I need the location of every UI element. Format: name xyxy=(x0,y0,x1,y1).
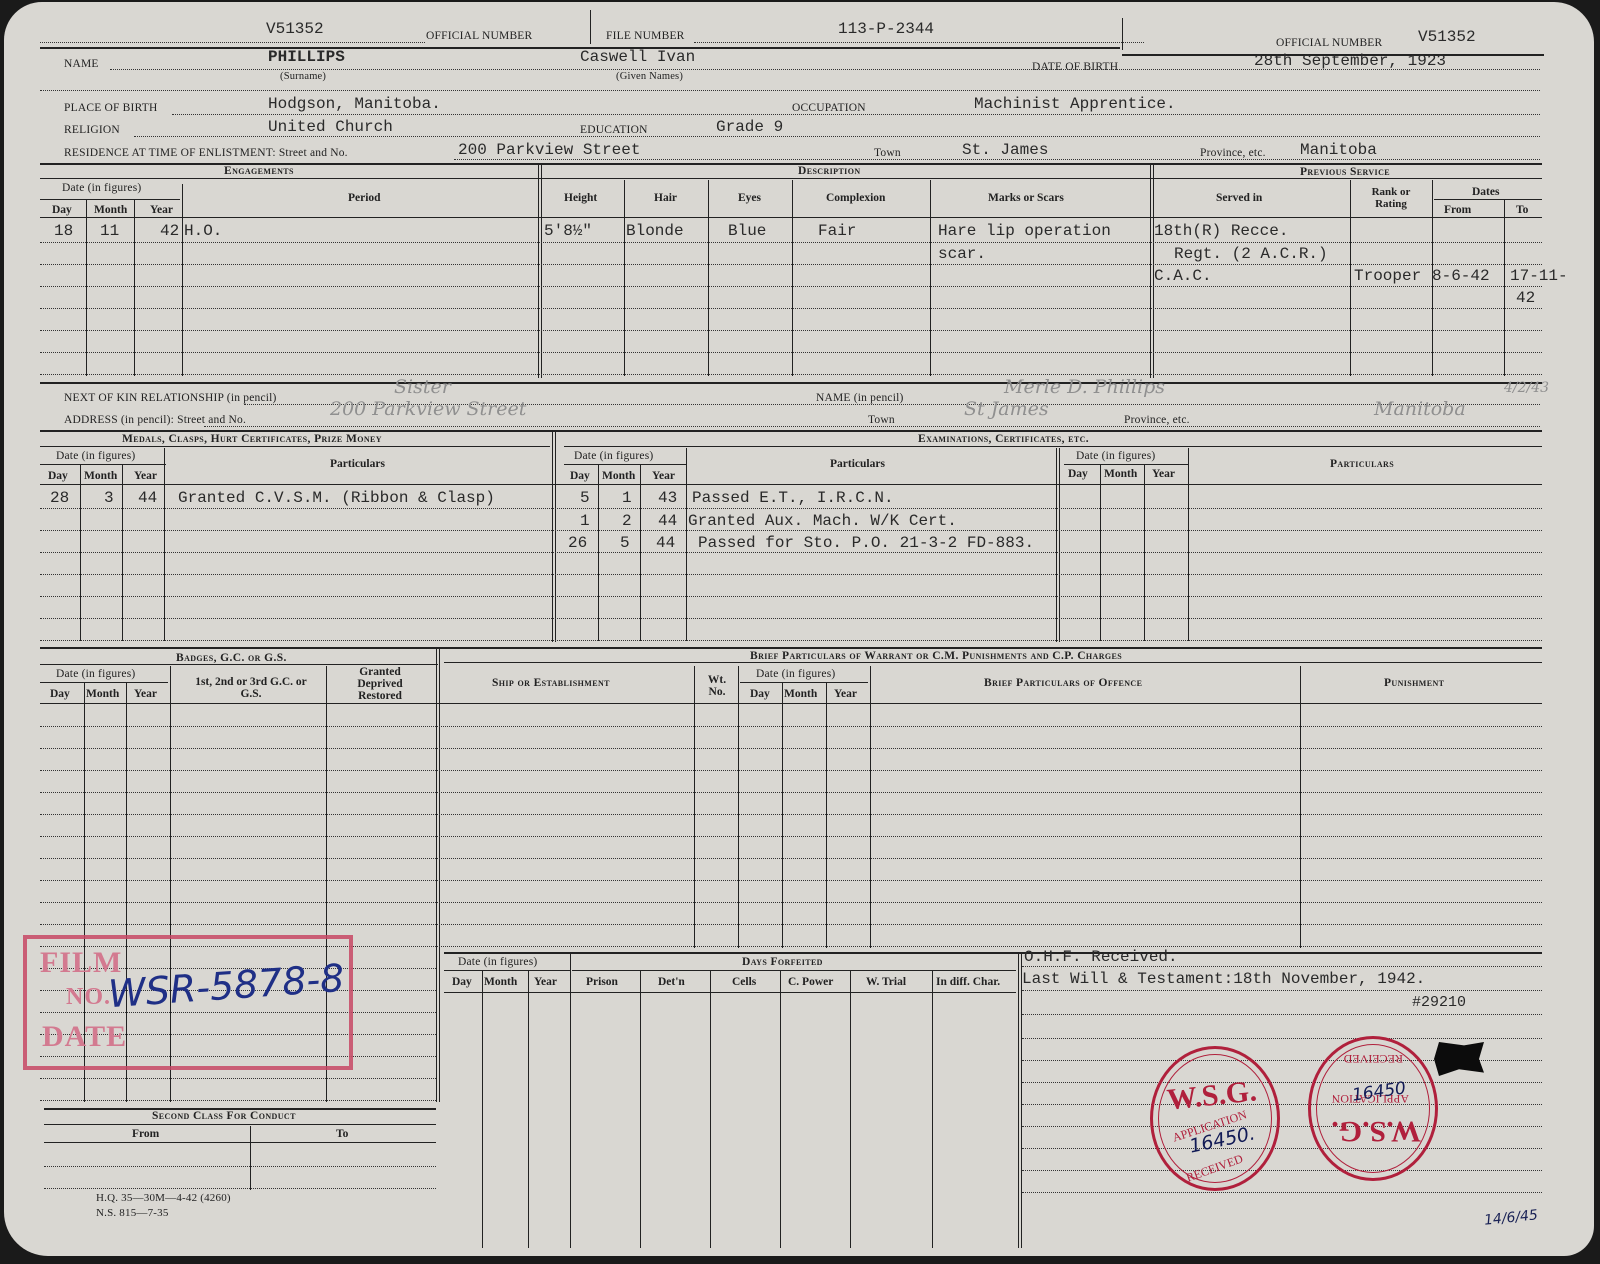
nok-name-date: 4/2/43 xyxy=(1504,380,1549,396)
second-class-from: From xyxy=(132,1128,159,1140)
dob-label: DATE OF BIRTH xyxy=(1032,61,1118,73)
exam2-date-header: Date (in figures) xyxy=(1076,450,1155,462)
official-number-right-label: OFFICIAL NUMBER xyxy=(1276,37,1382,49)
year-header: Year xyxy=(150,204,173,216)
exam2-particulars-header: Particulars xyxy=(1330,458,1394,470)
service-record-card: V51352 OFFICIAL NUMBER FILE NUMBER 113-P… xyxy=(4,2,1594,1256)
second-class-title: Second Class For Conduct xyxy=(152,1110,296,1122)
punish-year-header: Year xyxy=(834,688,857,700)
film-no-label: NO. xyxy=(66,984,111,1011)
month-header: Month xyxy=(94,204,127,216)
examinations-title: Examinations, Certificates, etc. xyxy=(918,433,1089,445)
education: Grade 9 xyxy=(716,118,783,136)
form-code-line2: N.S. 815—7-35 xyxy=(96,1207,169,1219)
exam-month-header: Month xyxy=(602,470,635,482)
exam-day-header: Day xyxy=(570,470,590,482)
to-date-line1: 17-11- xyxy=(1510,267,1568,285)
rank-header: Rank or Rating xyxy=(1360,186,1422,210)
wt-no-header: Wt. No. xyxy=(704,674,730,698)
second-class-to: To xyxy=(336,1128,348,1140)
punishment-header: Punishment xyxy=(1384,677,1444,689)
wsg-stamp-2-received: RECEIVED xyxy=(1344,1051,1403,1066)
marks-header: Marks or Scars xyxy=(988,192,1064,204)
badges-title: Badges, G.C. or G.S. xyxy=(176,652,287,664)
place-of-birth-label: PLACE OF BIRTH xyxy=(64,102,157,114)
medals-particulars-header: Particulars xyxy=(330,458,385,470)
served-in-header: Served in xyxy=(1216,192,1262,204)
detn-header: Det'n xyxy=(658,976,685,988)
medals-day-header: Day xyxy=(48,470,68,482)
medal-particulars: Granted C.V.S.M. (Ribbon & Clasp) xyxy=(178,489,495,507)
nok-name: Merle D. Phillips xyxy=(1004,376,1165,398)
occupation-label: OCCUPATION xyxy=(792,102,866,114)
from-date: 8-6-42 xyxy=(1432,267,1490,285)
province-label: Province, etc. xyxy=(1200,147,1266,159)
eyes-header: Eyes xyxy=(738,192,761,204)
from-header: From xyxy=(1444,204,1471,216)
days-forfeited-title: Days Forfeited xyxy=(742,956,823,968)
file-number-label: FILE NUMBER xyxy=(606,30,685,42)
medal-year: 44 xyxy=(138,489,157,507)
place-of-birth: Hodgson, Manitoba. xyxy=(268,95,441,113)
punish-month-header: Month xyxy=(784,688,817,700)
nok-town-label: Town xyxy=(868,414,895,426)
engagements-title: Engagements xyxy=(224,165,294,177)
nok-town: St James xyxy=(964,398,1049,420)
exam-row1-particulars: Passed E.T., I.R.C.N. xyxy=(692,489,894,507)
nok-name-label: NAME (in pencil) xyxy=(816,392,904,404)
complexion-header: Complexion xyxy=(826,192,885,204)
day-header: Day xyxy=(52,204,72,216)
given-names-caption: (Given Names) xyxy=(616,71,683,82)
film-date-label: DATE xyxy=(42,1020,127,1054)
punish-day-header: Day xyxy=(750,688,770,700)
province: Manitoba xyxy=(1300,141,1377,159)
description-title: Description xyxy=(798,165,861,177)
prison-header: Prison xyxy=(586,976,618,988)
w-trial-header: W. Trial xyxy=(866,976,906,988)
file-number: 113-P-2344 xyxy=(838,20,934,38)
remarks-will: Last Will & Testament:18th November, 194… xyxy=(1022,970,1425,988)
exam-row1-year: 43 xyxy=(658,489,677,507)
medals-year-header: Year xyxy=(134,470,157,482)
exam-row2-particulars: Granted Aux. Mach. W/K Cert. xyxy=(688,512,957,530)
exam-row1-day: 5 xyxy=(580,489,590,507)
exam-row2-day: 1 xyxy=(580,512,590,530)
exam-row3-year: 44 xyxy=(656,534,675,552)
surname: PHILLIPS xyxy=(268,48,345,66)
to-header: To xyxy=(1516,204,1528,216)
wsg-stamp-2-title: W.S.G. xyxy=(1331,1114,1421,1148)
c-power-header: C. Power xyxy=(788,976,833,988)
exam2-day-header: Day xyxy=(1068,468,1088,480)
exam-row2-year: 44 xyxy=(658,512,677,530)
engagement-period: H.O. xyxy=(184,222,222,240)
exam-date-header: Date (in figures) xyxy=(574,450,653,462)
given-names: Caswell Ivan xyxy=(580,48,695,66)
wsg-stamp-2: W.S.G. APPLICATION RECEIVED xyxy=(1308,1036,1438,1181)
remarks-number: #29210 xyxy=(1412,994,1466,1011)
medal-day: 28 xyxy=(50,489,69,507)
exam2-year-header: Year xyxy=(1152,468,1175,480)
marks-line1: Hare lip operation xyxy=(938,222,1111,240)
engagement-day: 18 xyxy=(54,222,73,240)
exam-year-header: Year xyxy=(652,470,675,482)
punched-hole xyxy=(1434,1042,1484,1076)
offence-header: Brief Particulars of Offence xyxy=(984,677,1142,689)
badges-date-header: Date (in figures) xyxy=(56,668,135,680)
rank-value: Trooper xyxy=(1354,267,1421,285)
surname-caption: (Surname) xyxy=(280,71,326,82)
forfeit-date-header: Date (in figures) xyxy=(458,956,537,968)
nok-relationship-label: NEXT OF KIN RELATIONSHIP (in pencil) xyxy=(64,392,277,404)
form-code-line1: H.Q. 35—30M—4-42 (4260) xyxy=(96,1192,231,1204)
exam2-month-header: Month xyxy=(1104,468,1137,480)
occupation: Machinist Apprentice. xyxy=(974,95,1176,113)
residence-street: 200 Parkview Street xyxy=(458,141,640,159)
religion: United Church xyxy=(268,118,393,136)
served-in-line1: 18th(R) Recce. xyxy=(1154,222,1288,240)
nok-province: Manitoba xyxy=(1374,398,1466,420)
nok-province-label: Province, etc. xyxy=(1124,414,1190,426)
served-in-line2: Regt. (2 A.C.R.) xyxy=(1174,245,1328,263)
cells-header: Cells xyxy=(732,976,756,988)
ship-header: Ship or Establishment xyxy=(492,677,610,689)
punishments-title: Brief Particulars of Warrant or C.M. Pun… xyxy=(750,650,1122,662)
wsg-stamp-1: W.S.G. APPLICATION 16450. RECEIVED xyxy=(1150,1046,1280,1191)
remarks-ohf: O.H.F. Received. xyxy=(1024,948,1178,966)
wsg-stamp-1-number: 16450. xyxy=(1187,1122,1257,1157)
religion-label: RELIGION xyxy=(64,124,120,136)
badges-month-header: Month xyxy=(86,688,119,700)
marks-line2: scar. xyxy=(938,245,986,263)
official-number-label: OFFICIAL NUMBER xyxy=(426,30,532,42)
forfeit-day-header: Day xyxy=(452,976,472,988)
exam-row3-month: 5 xyxy=(620,534,630,552)
previous-service-title: Previous Service xyxy=(1300,166,1390,178)
wsg-stamp-1-title: W.S.G. xyxy=(1165,1074,1258,1117)
to-date-line2: 42 xyxy=(1516,289,1535,307)
nok-address-label: ADDRESS (in pencil): Street and No. xyxy=(64,414,246,426)
engagements-date-header: Date (in figures) xyxy=(62,182,141,194)
in-diff-char-header: In diff. Char. xyxy=(936,976,1000,988)
height-header: Height xyxy=(564,192,597,204)
hair-value: Blonde xyxy=(626,222,684,240)
wsg-stamp-1-application: APPLICATION xyxy=(1171,1107,1249,1145)
medals-date-header: Date (in figures) xyxy=(56,450,135,462)
eyes-value: Blue xyxy=(728,222,766,240)
nok-relationship: Sister xyxy=(394,376,451,398)
complexion-value: Fair xyxy=(818,222,856,240)
hair-header: Hair xyxy=(654,192,677,204)
handwritten-date: 14/6/45 xyxy=(1483,1207,1538,1229)
height-value: 5'8½" xyxy=(544,222,592,240)
official-number-right: V51352 xyxy=(1418,28,1476,46)
date-of-birth: 28th September, 1923 xyxy=(1254,52,1446,70)
exam-row1-month: 1 xyxy=(622,489,632,507)
exam-row3-particulars: Passed for Sto. P.O. 21-3-2 FD-883. xyxy=(698,534,1034,552)
engagement-month: 11 xyxy=(100,222,119,240)
gdr-header: Granted Deprived Restored xyxy=(340,666,420,702)
medals-title: Medals, Clasps, Hurt Certificates, Prize… xyxy=(122,433,382,445)
dates-header: Dates xyxy=(1472,186,1499,198)
name-label: NAME xyxy=(64,58,99,70)
exam-particulars-header: Particulars xyxy=(830,458,885,470)
served-in-line3: C.A.C. xyxy=(1154,267,1212,285)
residence-label: RESIDENCE AT TIME OF ENLISTMENT: Street … xyxy=(64,147,348,159)
gc-header: 1st, 2nd or 3rd G.C. or G.S. xyxy=(184,676,318,700)
punish-date-header: Date (in figures) xyxy=(756,668,835,680)
period-header: Period xyxy=(348,192,381,204)
badges-year-header: Year xyxy=(134,688,157,700)
town: St. James xyxy=(962,141,1048,159)
wsg-stamp-1-received: RECEIVED xyxy=(1184,1151,1245,1185)
nok-address: 200 Parkview Street xyxy=(330,398,526,420)
badges-day-header: Day xyxy=(50,688,70,700)
forfeit-month-header: Month xyxy=(484,976,517,988)
town-label: Town xyxy=(874,147,901,159)
exam-row3-day: 26 xyxy=(568,534,587,552)
medals-month-header: Month xyxy=(84,470,117,482)
medal-month: 3 xyxy=(104,489,114,507)
official-number-top: V51352 xyxy=(266,20,324,38)
engagement-year: 42 xyxy=(160,222,179,240)
education-label: EDUCATION xyxy=(580,124,648,136)
exam-row2-month: 2 xyxy=(622,512,632,530)
forfeit-year-header: Year xyxy=(534,976,557,988)
